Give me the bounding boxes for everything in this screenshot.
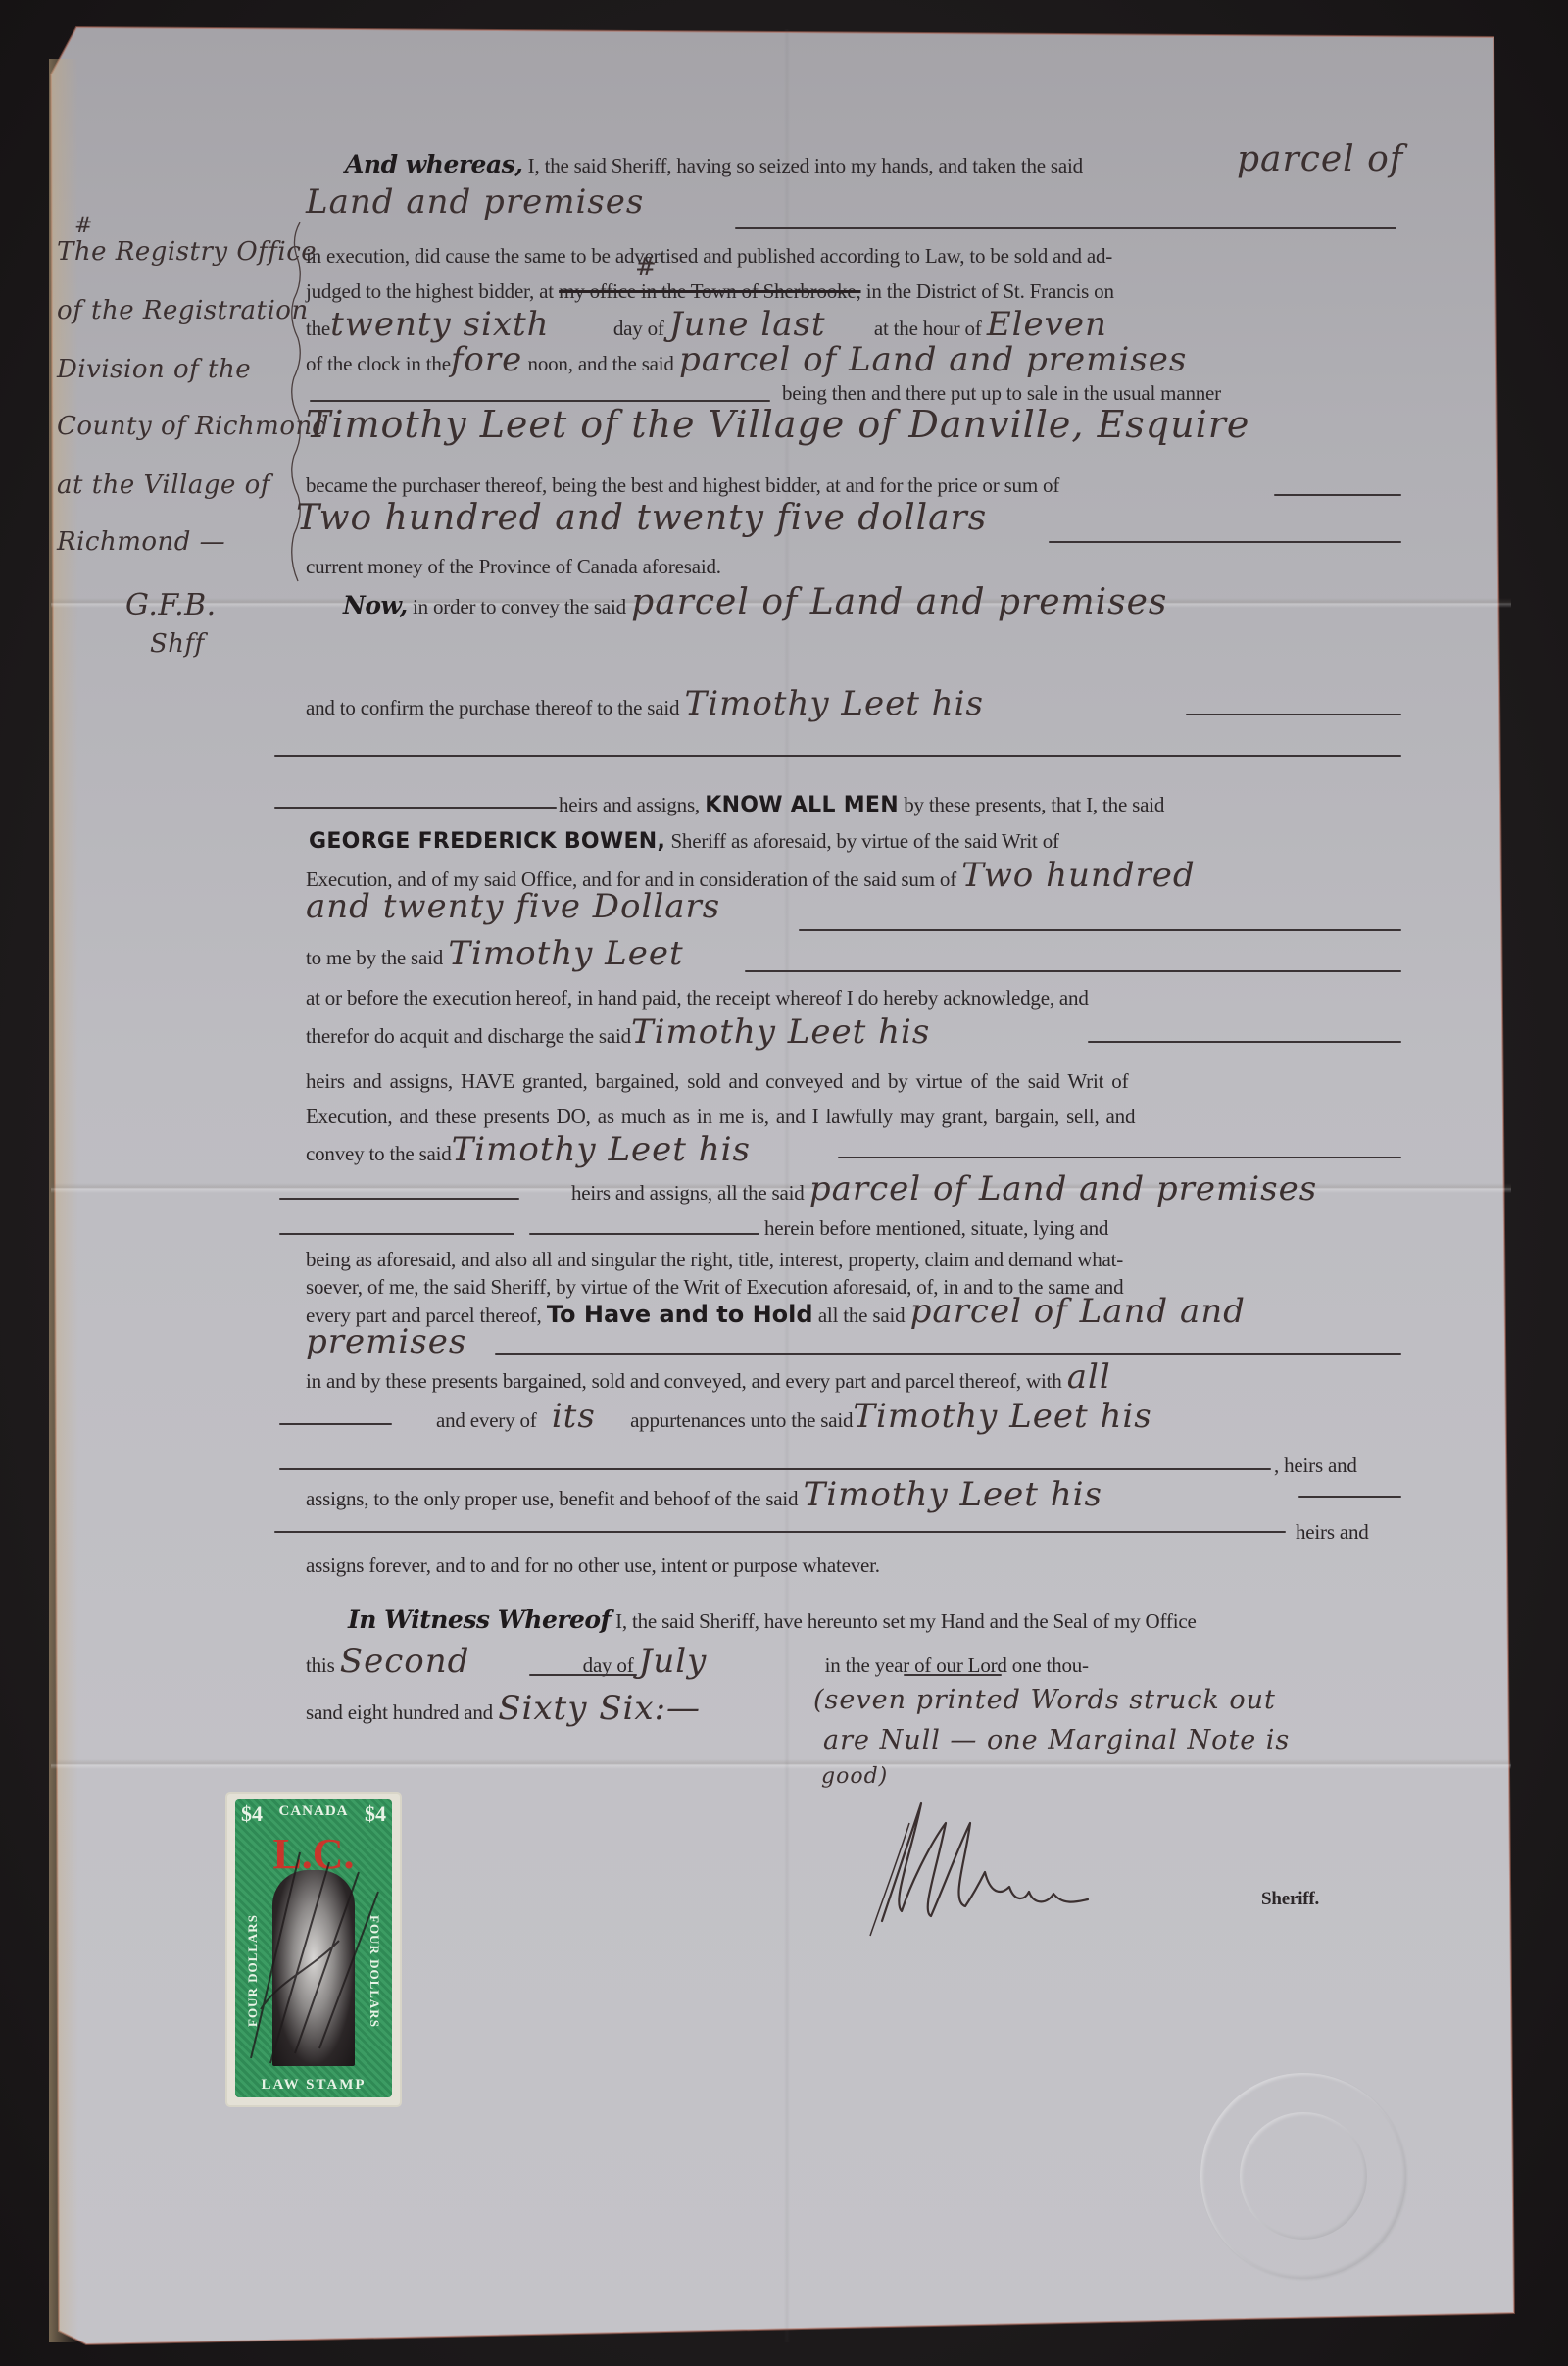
print-text: current money of the Province of Canada … <box>306 554 721 579</box>
print-text: Execution, and these presents DO, as muc… <box>306 1104 1135 1129</box>
stamp-manuscript-cancel <box>241 1833 388 2068</box>
para2-line12: convey to the saidTimothy Leet his <box>306 1137 751 1166</box>
fold-line-3 <box>51 1759 1511 1769</box>
fill-line <box>1186 714 1401 715</box>
fill-line <box>904 1674 1002 1676</box>
print-text: assigns, to the only proper use, benefit… <box>306 1487 798 1510</box>
hand-entry: Two hundred <box>961 856 1195 895</box>
print-text: assigns forever, and to and for no other… <box>306 1553 880 1578</box>
hand-entry: Timothy Leet his <box>804 1475 1102 1514</box>
print-text: became the purchaser thereof, being the … <box>306 472 1059 498</box>
hand-entry-purchaser: Timothy Leet of the Village of Danville,… <box>306 412 1249 437</box>
print-text: heirs and <box>1296 1519 1369 1545</box>
print-text: of the clock in the <box>306 352 451 375</box>
fill-line <box>1298 1496 1401 1498</box>
paper-aged-edge <box>49 59 78 2342</box>
para2-line19: in and by these presents bargained, sold… <box>306 1364 1111 1394</box>
print-text: at or before the execution hereof, in ha… <box>306 985 1089 1010</box>
print-text: sand eight hundred and <box>306 1701 493 1724</box>
hand-entry-price: Two hundred and twenty five dollars <box>296 506 987 531</box>
heading-now: Now, <box>343 591 408 619</box>
margin-note-line: at the Village of <box>57 470 270 500</box>
para1-line1: And whereas, I, the said Sheriff, having… <box>345 152 1083 178</box>
fill-line <box>279 1423 392 1425</box>
stamp-bottom-text: LAW STAMP <box>235 2077 392 2094</box>
print-text: day of <box>613 317 664 340</box>
para2-line20: and every of its appurtenances unto the … <box>436 1404 1152 1433</box>
print-text: and every of <box>436 1408 537 1432</box>
print-text: heirs and assigns, <box>559 793 700 816</box>
para2-line9: therefor do acquit and discharge the sai… <box>306 1019 930 1049</box>
sheriff-signature <box>853 1794 1205 1941</box>
margin-note-line: of the Registration <box>57 296 309 325</box>
insert-mark: # <box>635 253 657 282</box>
hand-entry: premises <box>306 1329 466 1355</box>
para2-line7: to me by the said Timothy Leet <box>306 941 684 970</box>
print-text: convey to the said <box>306 1142 452 1165</box>
margin-note-line: The Registry Office <box>57 237 317 267</box>
hand-entry: all <box>1067 1357 1111 1397</box>
para2-line22: assigns, to the only proper use, benefit… <box>306 1482 1102 1511</box>
fill-line <box>310 400 770 402</box>
print-text: noon, and the said <box>528 352 674 375</box>
hand-entry: fore <box>451 340 522 379</box>
print-text: the <box>306 317 330 340</box>
fill-line <box>274 807 557 809</box>
sheriff-name: GEORGE FREDERICK BOWEN, <box>309 829 665 854</box>
fill-line <box>1049 541 1401 543</box>
print-text: I, the said Sheriff, have hereunto set m… <box>615 1609 1196 1633</box>
margin-note-line: Division of the <box>57 355 251 384</box>
para2-line2: and to confirm the purchase thereof to t… <box>306 691 984 720</box>
margin-initials-title: Shff <box>150 629 205 659</box>
hand-entry: Timothy Leet his <box>685 684 984 723</box>
bold-phrase: KNOW ALL MEN <box>705 793 899 817</box>
print-text: by these presents, that I, the said <box>904 793 1164 816</box>
hand-entry-year: Sixty Six:— <box>498 1689 701 1728</box>
hand-entry: June last <box>669 305 826 344</box>
fill-line <box>274 1531 1286 1533</box>
print-text: heirs and assigns, HAVE granted, bargain… <box>306 1068 1128 1094</box>
stamp-country: CANADA <box>235 1803 392 1820</box>
hand-entry: and twenty five Dollars <box>306 894 720 919</box>
print-text: to me by the said <box>306 946 443 969</box>
embossed-seal <box>1200 2073 1406 2279</box>
margin-note-line: Richmond — <box>57 527 225 557</box>
hand-entry: Land and premises <box>306 189 644 215</box>
para1-line6: of the clock in thefore noon, and the sa… <box>306 347 1187 376</box>
fill-line <box>1088 1041 1401 1043</box>
law-stamp: $4 $4 CANADA L.C. FOUR DOLLARS FOUR DOLL… <box>227 1794 400 2105</box>
para1-line5: thetwenty sixth day of June last at the … <box>306 312 1107 341</box>
para1-line4: judged to the highest bidder, at my offi… <box>306 278 1114 304</box>
heading-in-witness-whereof: In Witness Whereof <box>348 1605 611 1634</box>
margin-insert-mark: # <box>74 214 93 238</box>
fill-line <box>529 1233 759 1235</box>
print-text: in and by these presents bargained, sold… <box>306 1369 1062 1393</box>
hand-entry-month: July <box>639 1642 708 1681</box>
print-text: all the said <box>818 1304 906 1327</box>
para2-line4: GEORGE FREDERICK BOWEN, Sheriff as afore… <box>309 828 1059 855</box>
hand-entry: Eleven <box>987 305 1107 344</box>
fill-line <box>274 755 1401 757</box>
struck-out-text: my office in the Town of Sherbrooke, <box>559 279 860 303</box>
hand-entry: Timothy Leet <box>448 934 683 973</box>
print-text: , heirs and <box>1274 1453 1357 1478</box>
print-text: in execution, did cause the same to be a… <box>306 243 1112 269</box>
hand-entry-day: Second <box>340 1642 470 1681</box>
fill-line <box>799 929 1401 931</box>
hand-entry: Timothy Leet his <box>452 1130 751 1169</box>
para2-line13: heirs and assigns, all the said parcel o… <box>571 1176 1317 1206</box>
print-text: in the District of St. Francis on <box>866 279 1114 303</box>
fill-line <box>495 1353 1401 1355</box>
print-text: in order to convey the said <box>413 595 626 618</box>
margin-initials: G.F.B. <box>125 588 217 622</box>
print-text: Sheriff as aforesaid, by virtue of the s… <box>670 829 1058 853</box>
hand-entry: Timothy Leet his <box>631 1012 930 1052</box>
hand-entry: parcel of Land and premises <box>809 1169 1317 1208</box>
print-text: appurtenances unto the said <box>630 1408 853 1432</box>
print-text: judged to the highest bidder, at <box>306 279 554 303</box>
para2-line3: heirs and assigns, KNOW ALL MEN by these… <box>559 792 1164 818</box>
signature-title: Sheriff. <box>1261 1887 1319 1912</box>
erasure-note-line: good) <box>821 1764 888 1790</box>
print-text: this <box>306 1653 335 1677</box>
print-text: I, the said Sheriff, having so seized in… <box>528 154 1083 177</box>
fill-line <box>1274 494 1401 496</box>
para2-line1: Now, in order to convey the said parcel … <box>343 590 1167 619</box>
fill-line <box>838 1157 1401 1158</box>
fill-line <box>745 970 1401 972</box>
fill-line <box>529 1674 637 1676</box>
heading-and-whereas: And whereas, <box>345 150 522 178</box>
print-text: therefor do acquit and discharge the sai… <box>306 1024 631 1048</box>
fill-line <box>279 1233 514 1235</box>
print-text: herein before mentioned, situate, lying … <box>764 1215 1108 1241</box>
print-text: and to confirm the purchase thereof to t… <box>306 696 679 719</box>
erasure-note-line: are Null — one Marginal Note is <box>823 1728 1290 1753</box>
para3-line3: sand eight hundred and Sixty Six:— <box>306 1696 701 1725</box>
hand-entry: parcel of Land and premises <box>679 340 1187 379</box>
para3-line1: In Witness Whereof I, the said Sheriff, … <box>348 1607 1197 1634</box>
fill-line <box>279 1198 519 1200</box>
hand-entry: Timothy Leet his <box>853 1397 1151 1436</box>
hand-entry: parcel of <box>1237 147 1403 173</box>
bold-phrase: To Have and to Hold <box>547 1301 813 1328</box>
fill-line <box>279 1468 1271 1470</box>
hand-entry: twenty sixth <box>330 305 550 344</box>
hand-entry: its <box>552 1397 596 1436</box>
erasure-note-line: (seven printed Words struck out <box>813 1688 1276 1713</box>
fill-line <box>735 227 1396 229</box>
print-text: heirs and assigns, all the said <box>571 1181 805 1205</box>
hand-entry: parcel of Land and premises <box>631 582 1167 622</box>
hand-entry: parcel of Land and <box>910 1292 1246 1331</box>
print-text: at the hour of <box>874 317 982 340</box>
print-text: being as aforesaid, and also all and sin… <box>306 1247 1123 1272</box>
